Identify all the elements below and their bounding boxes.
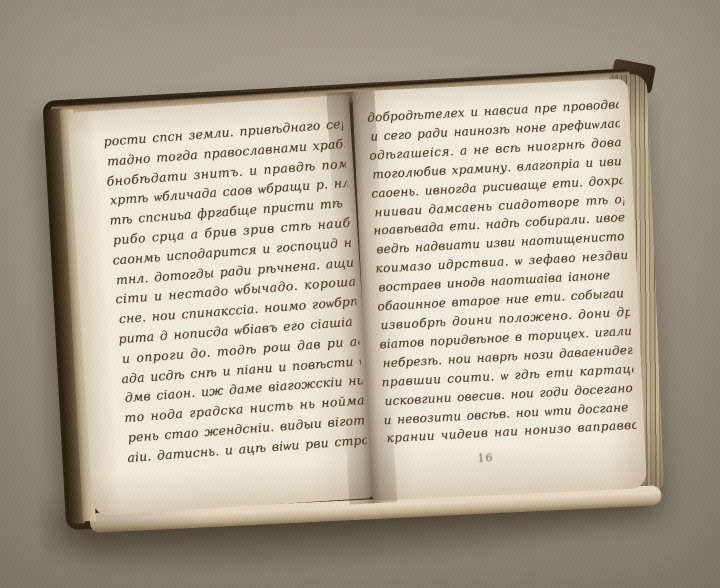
right-page-text: добродѣтелех и навсиа пре проводва и сег… (367, 95, 637, 448)
right-page: добродѣтелех и навсиа пре проводва и сег… (352, 79, 647, 502)
open-manuscript-book: рости спсн земли. привѣднаго сергнадо та… (37, 49, 668, 552)
page-number: 16 (477, 451, 494, 465)
left-page: рости спсн земли. привѣднаго сергнадо та… (67, 95, 374, 516)
left-page-text: рости спсн земли. привѣднаго сергнадо та… (103, 114, 368, 468)
photo-background: рости спсн земли. привѣднаго сергнадо та… (0, 0, 720, 588)
